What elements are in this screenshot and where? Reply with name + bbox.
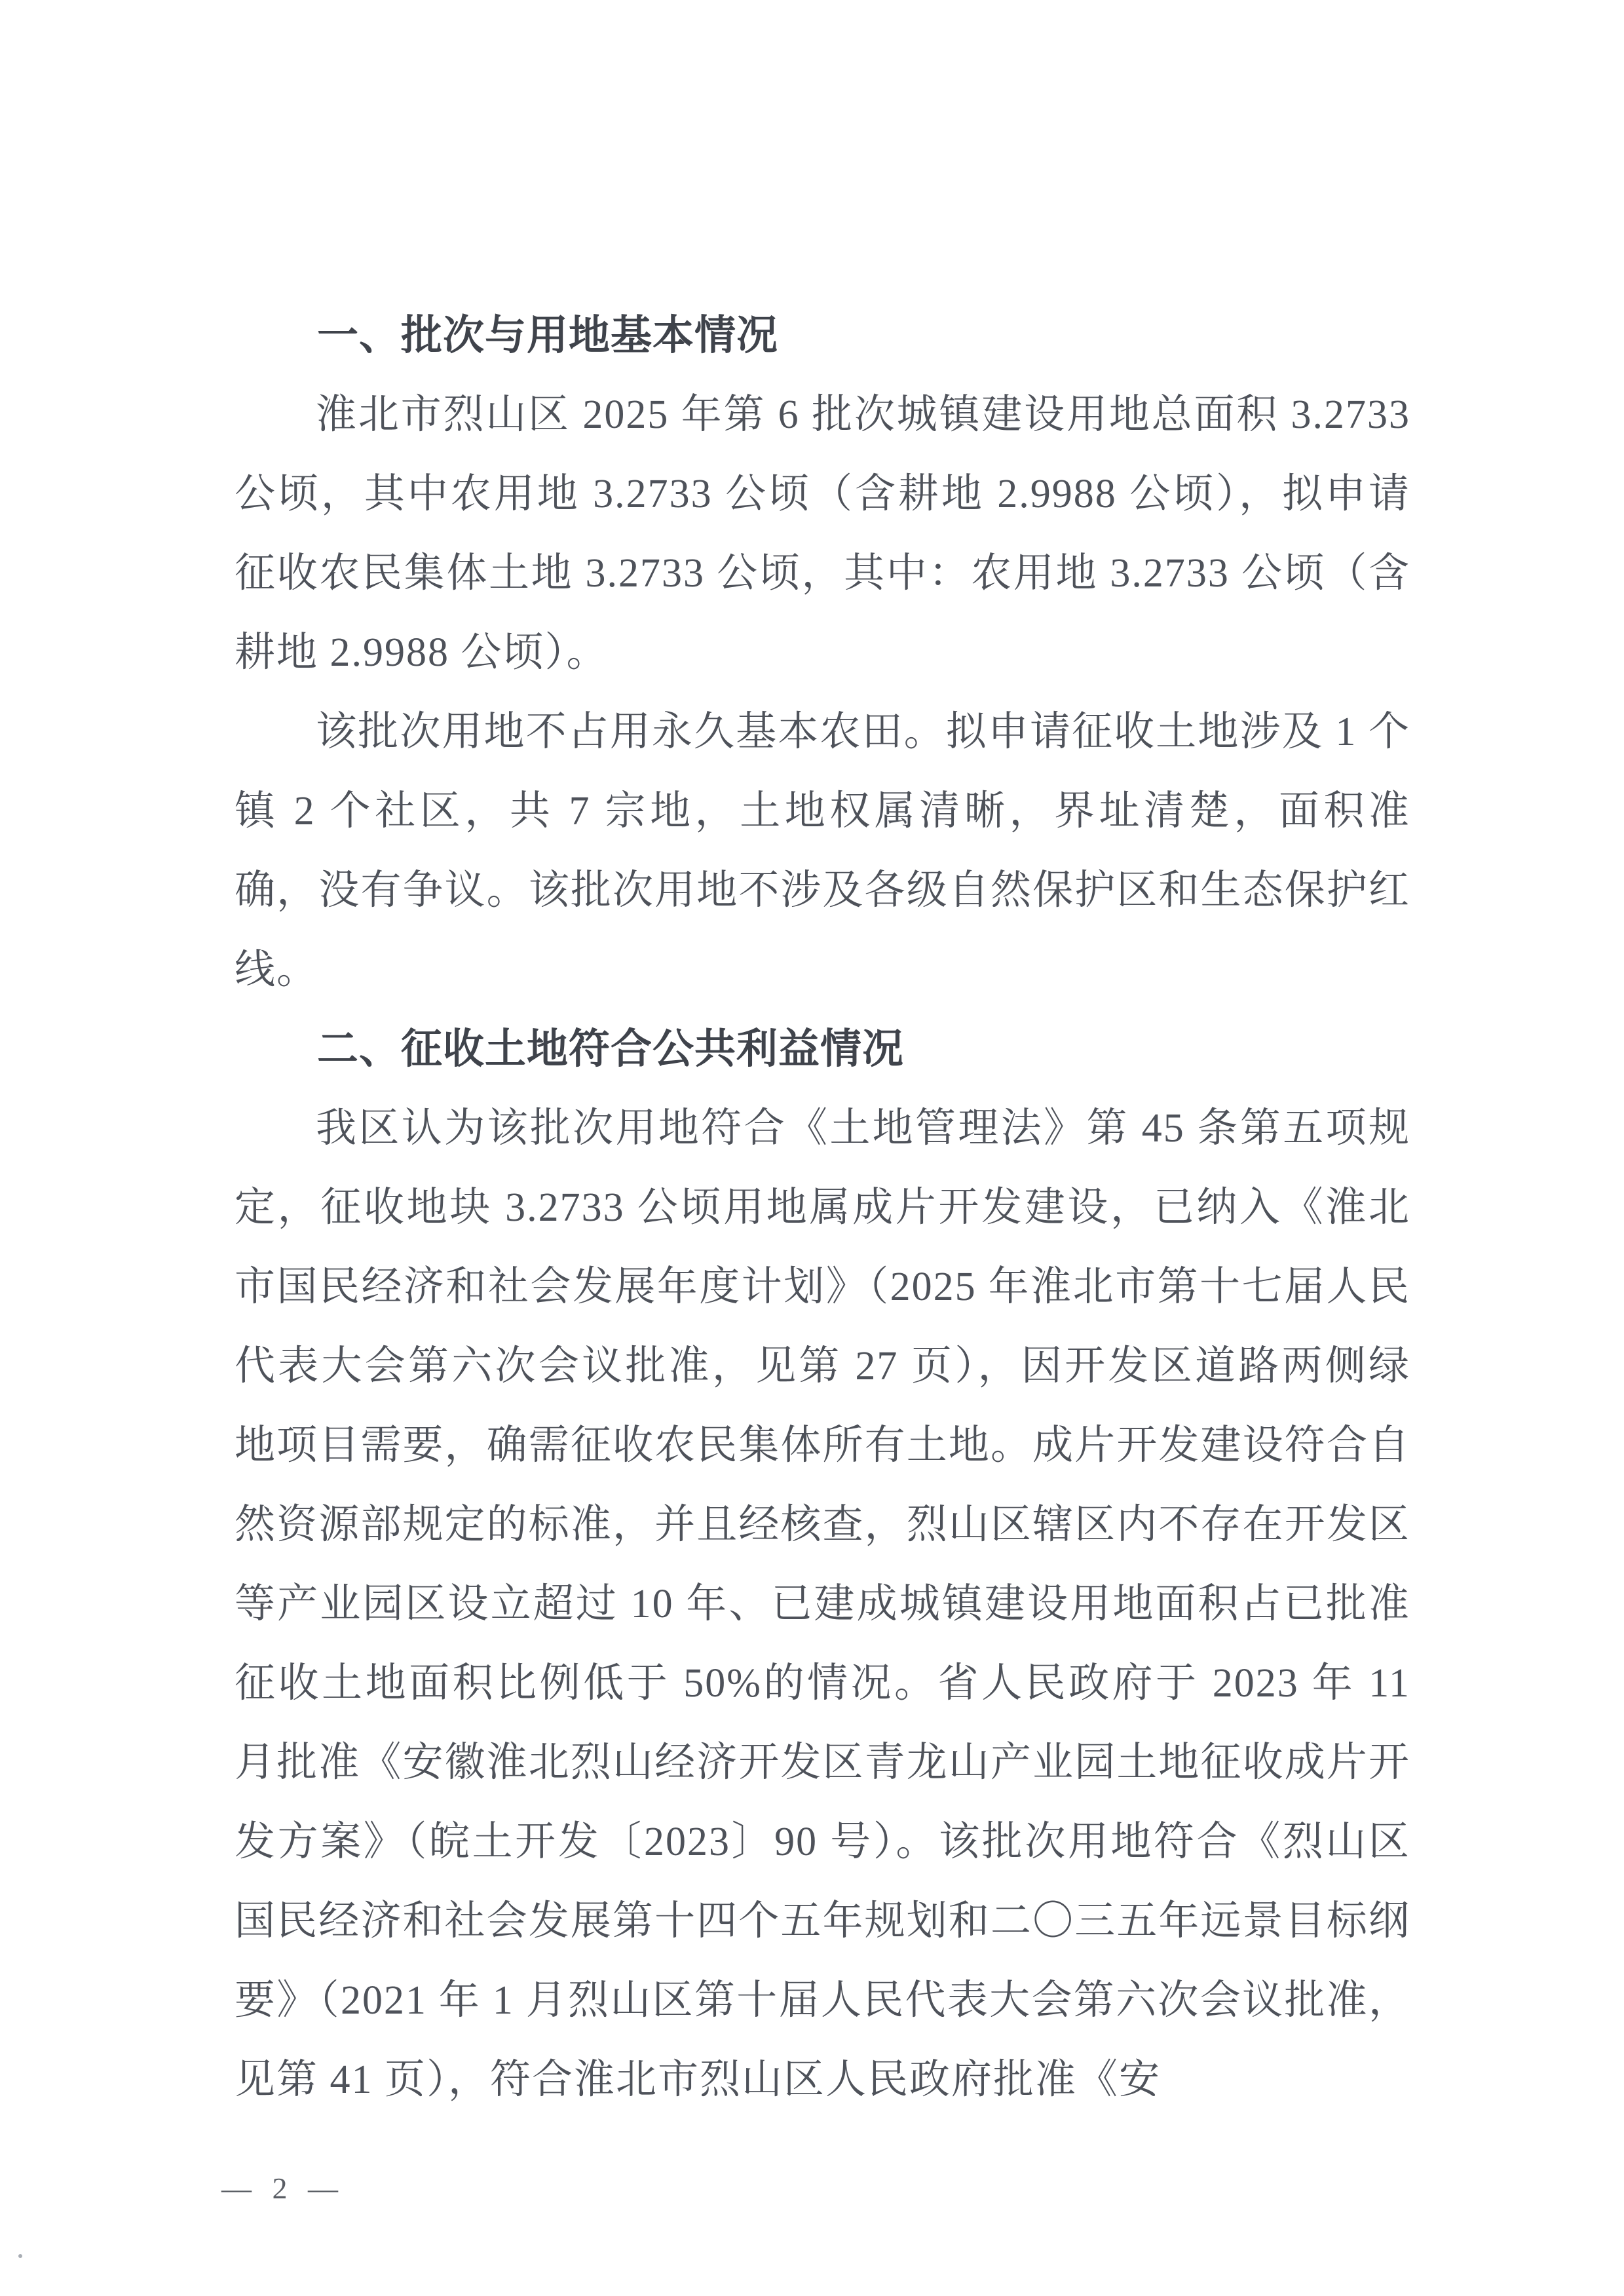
section-2-heading: 二、征收土地符合公共利益情况 — [235, 1010, 1410, 1089]
section-1-heading: 一、批次与用地基本情况 — [235, 296, 1410, 375]
document-page: 一、批次与用地基本情况 淮北市烈山区 2025 年第 6 批次城镇建设用地总面积… — [0, 0, 1624, 2296]
section-2-paragraph-1: 我区认为该批次用地符合《土地管理法》第 45 条第五项规定，征收地块 3.273… — [235, 1089, 1410, 2120]
section-1-paragraph-1: 淮北市烈山区 2025 年第 6 批次城镇建设用地总面积 3.2733 公顷，其… — [235, 375, 1410, 693]
page-number: — 2 — — [221, 2169, 345, 2208]
document-body: 一、批次与用地基本情况 淮北市烈山区 2025 年第 6 批次城镇建设用地总面积… — [235, 296, 1410, 2120]
section-1-paragraph-2: 该批次用地不占用永久基本农田。拟申请征收土地涉及 1 个镇 2 个社区，共 7 … — [235, 693, 1410, 1010]
scan-artifact-dot — [18, 2254, 22, 2258]
